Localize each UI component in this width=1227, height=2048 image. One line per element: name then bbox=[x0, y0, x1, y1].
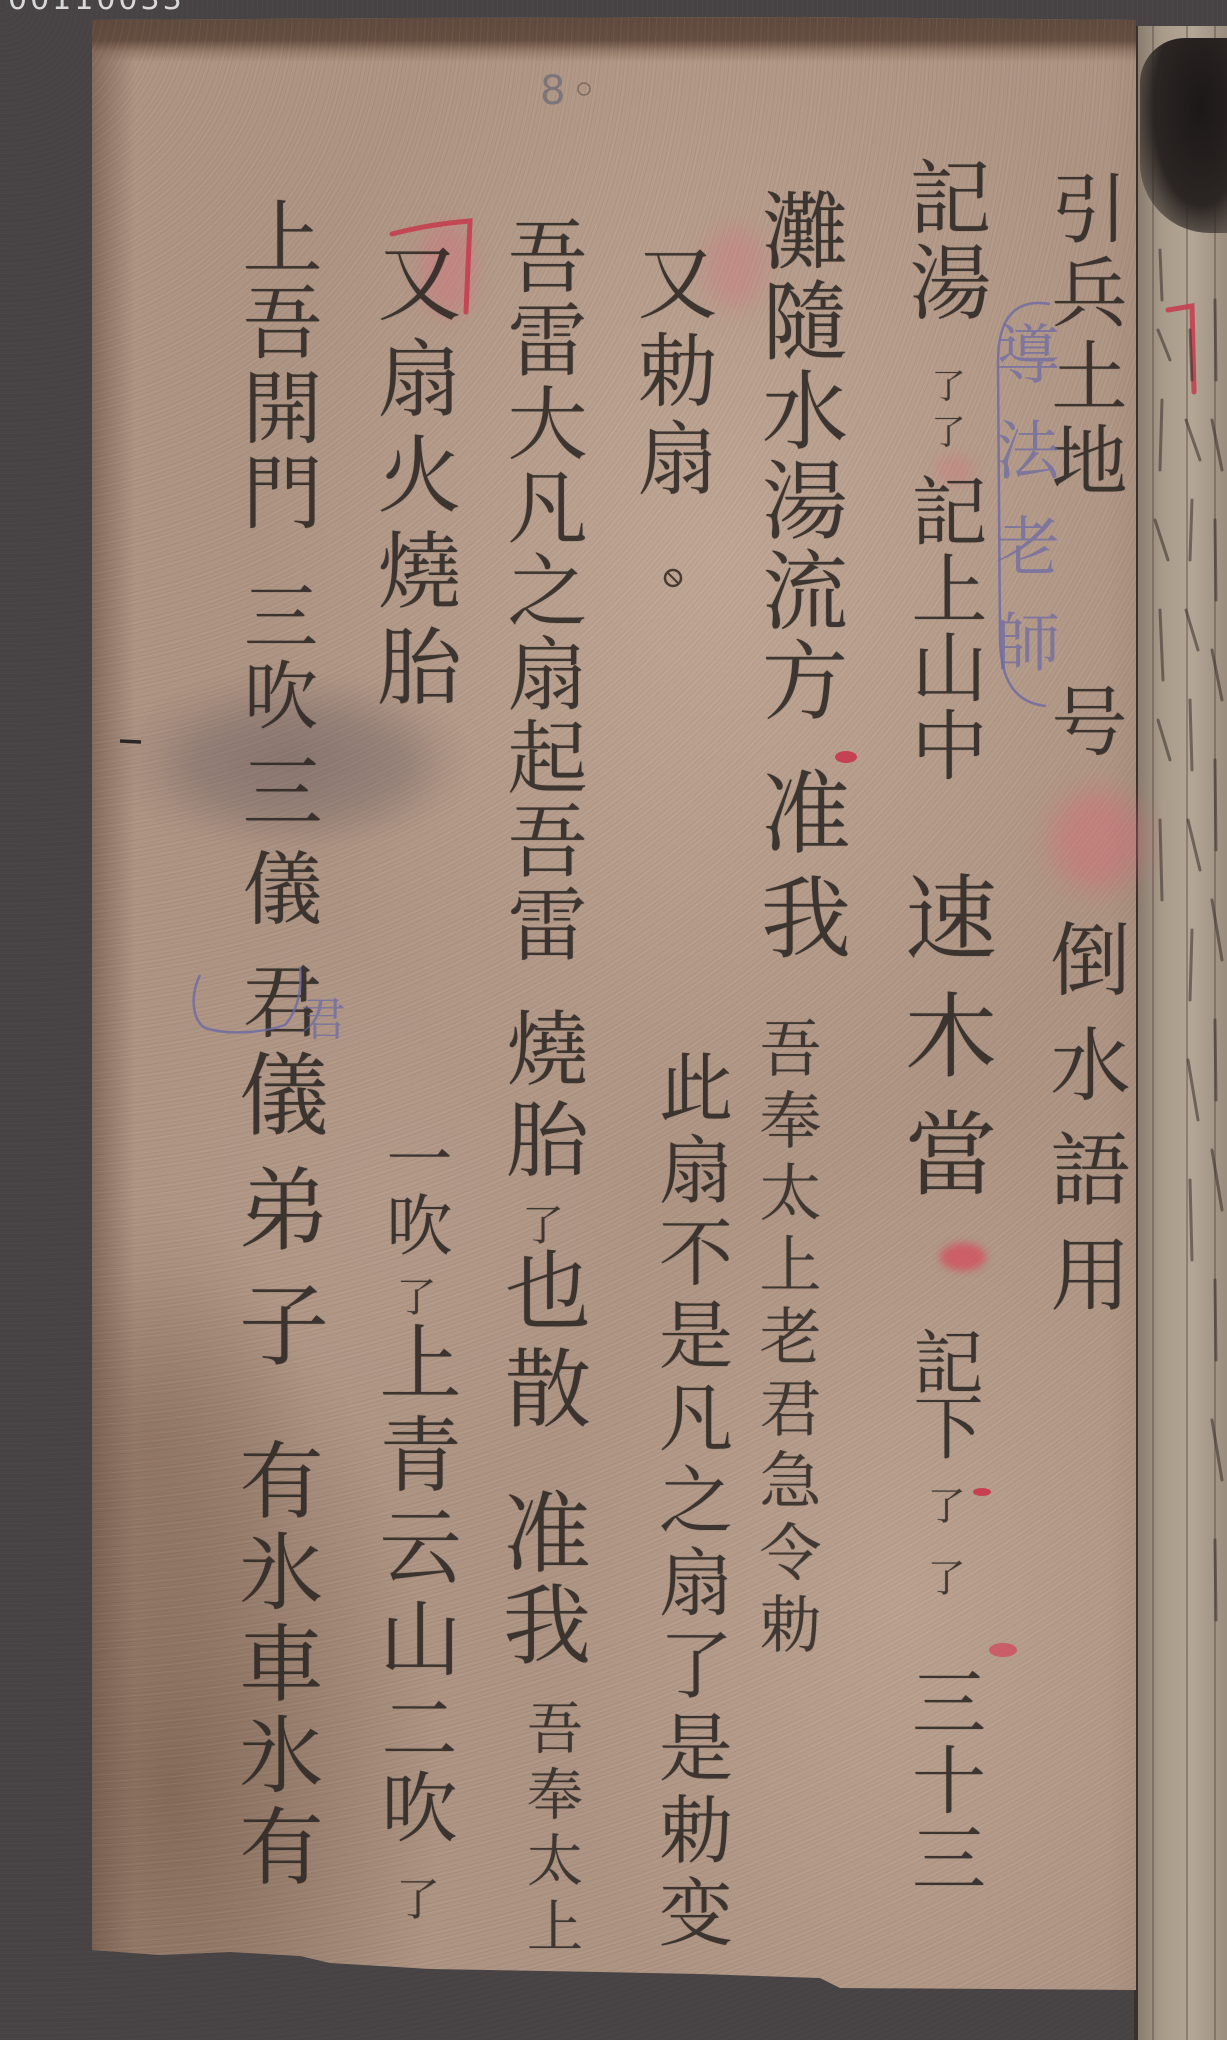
column-7-segment: 三儀 bbox=[235, 750, 315, 944]
column-6-segment: 了 bbox=[391, 1876, 435, 1920]
page-edge-line bbox=[1152, 26, 1154, 2040]
column-6-segment: 上青云山 bbox=[372, 1320, 454, 1688]
column-6-segment: 又扇火燒胎 bbox=[371, 239, 455, 719]
pencil-page-number: 8 bbox=[540, 68, 565, 114]
column-5-segment: 也散 bbox=[497, 1246, 583, 1442]
column-2-segment: 記湯 bbox=[902, 155, 984, 325]
column-7-segment: 上吾開門 bbox=[235, 196, 315, 536]
curled-page-corner bbox=[1140, 38, 1227, 233]
column-2-segment: 三十三 bbox=[906, 1664, 980, 1898]
column-1-segment: 倒水語用 bbox=[1043, 918, 1123, 1338]
column-7-segment: 儀弟子 bbox=[230, 1048, 320, 1393]
column-3-segment: 吾奉太上老君急令勅 bbox=[754, 1016, 816, 1664]
column-5-segment: 了 bbox=[519, 1203, 561, 1245]
column-3-segment: 准我 bbox=[752, 766, 842, 976]
column-5-segment: 吾雷大凡之扇起吾雷 bbox=[500, 215, 580, 967]
column-7-segment: 有氷車氷有 bbox=[233, 1437, 317, 1895]
page-edge-line bbox=[1186, 26, 1188, 2040]
column-4-segment: 此扇不是凡之扇了是勅变 bbox=[653, 1049, 727, 1957]
column-6-segment: 一吹 bbox=[380, 1125, 446, 1257]
column-6-segment: 了 bbox=[393, 1276, 433, 1316]
column-7-segment: 三吹 bbox=[238, 578, 312, 736]
blue-pencil-annotation: 導法老師 bbox=[990, 321, 1054, 705]
column-5-segment: 燒胎 bbox=[499, 1006, 581, 1188]
pink-smudge bbox=[1050, 790, 1145, 890]
page-edge-line bbox=[1214, 26, 1216, 2040]
column-2-segment: 了了 bbox=[928, 368, 962, 460]
column-2-segment: 記上山中 bbox=[905, 472, 981, 784]
column-5-segment: 准我 bbox=[496, 1487, 584, 1671]
scan-bottom-border bbox=[0, 2040, 1227, 2048]
scan-id-label: 00110033 bbox=[8, 0, 185, 17]
scan-canvas: 00110033 8 引兵土地 号 倒水語用 記湯 了了 記上山中 速木當 記下… bbox=[0, 0, 1227, 2048]
column-4-segment: 又勅扇 bbox=[630, 241, 710, 505]
adjacent-page-edge bbox=[1134, 26, 1227, 2040]
column-3-segment: 灘隨水湯流方 bbox=[754, 186, 840, 726]
column-2-segment: 記下 bbox=[908, 1326, 978, 1456]
blue-pencil-correction: 君 bbox=[297, 995, 343, 1041]
pink-smudge bbox=[940, 1243, 986, 1271]
column-6-segment: 二吹 bbox=[375, 1689, 451, 1847]
column-2-segment: 了了 bbox=[924, 1486, 962, 1630]
column-2-segment: 速木當 bbox=[897, 870, 989, 1224]
column-5-segment: 吾奉太上 bbox=[522, 1699, 578, 1963]
